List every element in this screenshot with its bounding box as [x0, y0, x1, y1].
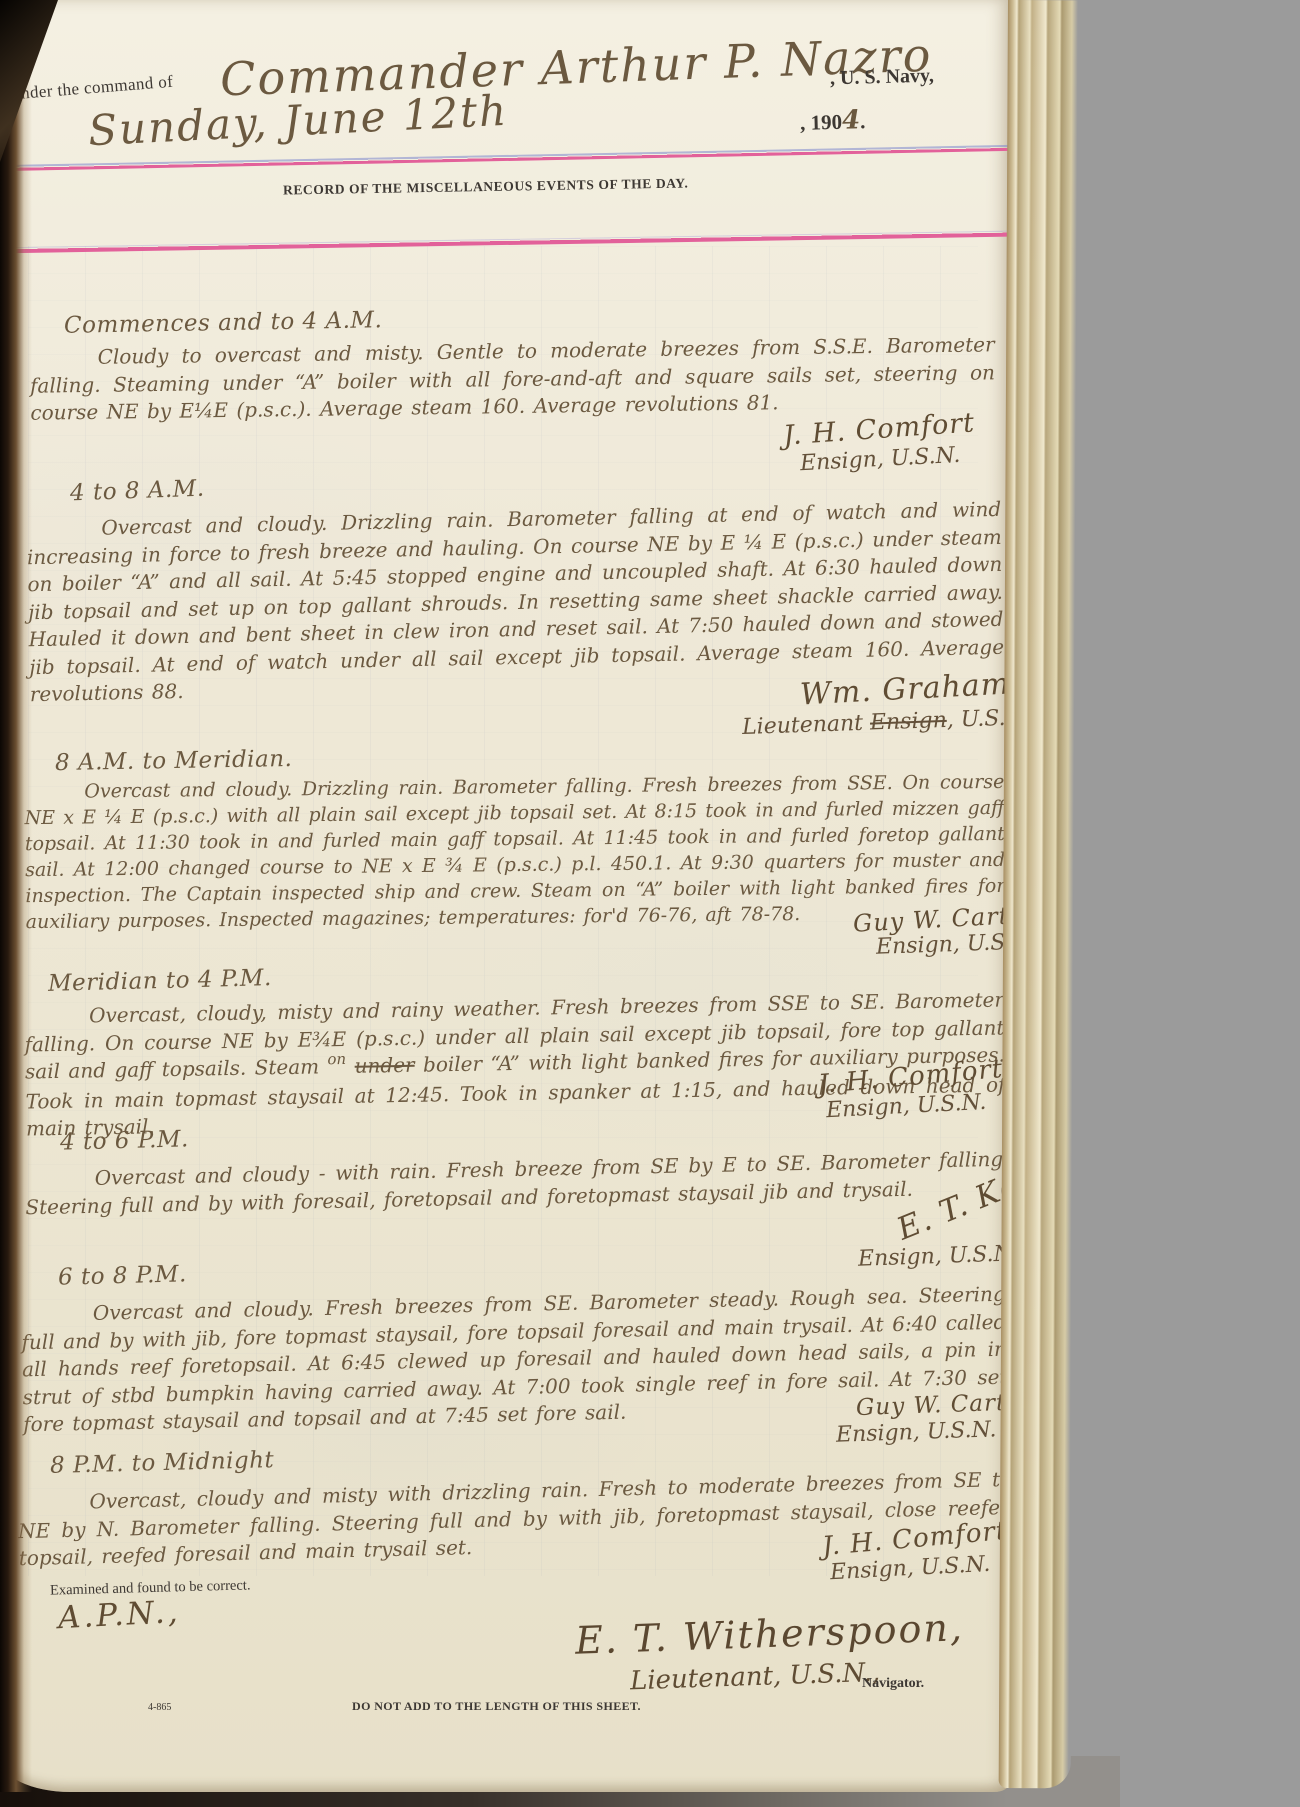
- navigator-label: Navigator.: [862, 1676, 924, 1692]
- examiner-initials: A.P.N.,: [57, 1594, 181, 1636]
- entry-heading: 6 to 8 P.M.: [58, 1261, 187, 1290]
- entry-body: Cloudy to overcast and misty. Gentle to …: [29, 331, 995, 429]
- year-period: .: [860, 109, 866, 133]
- do-not-add-notice: DO NOT ADD TO THE LENGTH OF THIS SHEET.: [352, 1699, 641, 1714]
- logbook-scan: under the command of Commander Arthur P.…: [0, 0, 1300, 1807]
- date-script: Sunday, June 12th: [87, 86, 509, 155]
- book-binding: [0, 0, 32, 1792]
- preprint-under-command: under the command of: [11, 72, 174, 105]
- navigator-signature: E. T. Witherspoon,: [574, 1605, 964, 1663]
- signature-rank: Ensign, U.S.N.: [858, 1241, 1019, 1272]
- entry-heading: 8 A.M. to Meridian.: [55, 746, 293, 776]
- entry-heading: Commences and to 4 A.M.: [64, 307, 383, 339]
- year-preprint: , 190: [800, 110, 843, 135]
- form-number: 4-865: [148, 1702, 171, 1713]
- log-page: under the command of Commander Arthur P.…: [0, 0, 1010, 1792]
- preprint-year: , 1904.: [800, 105, 866, 137]
- preprint-us-navy: , U. S. Navy,: [830, 65, 934, 91]
- year-digit-script: 4: [842, 105, 861, 135]
- record-title: RECORD OF THE MISCELLANEOUS EVENTS OF TH…: [283, 175, 689, 198]
- page-stack-edges: [999, 0, 1080, 1788]
- navigator-rank: Lieutenant, U.S.N.,: [630, 1658, 881, 1697]
- entry-heading: 4 to 8 A.M.: [70, 476, 205, 507]
- entry-heading: 4 to 6 P.M.: [60, 1126, 189, 1155]
